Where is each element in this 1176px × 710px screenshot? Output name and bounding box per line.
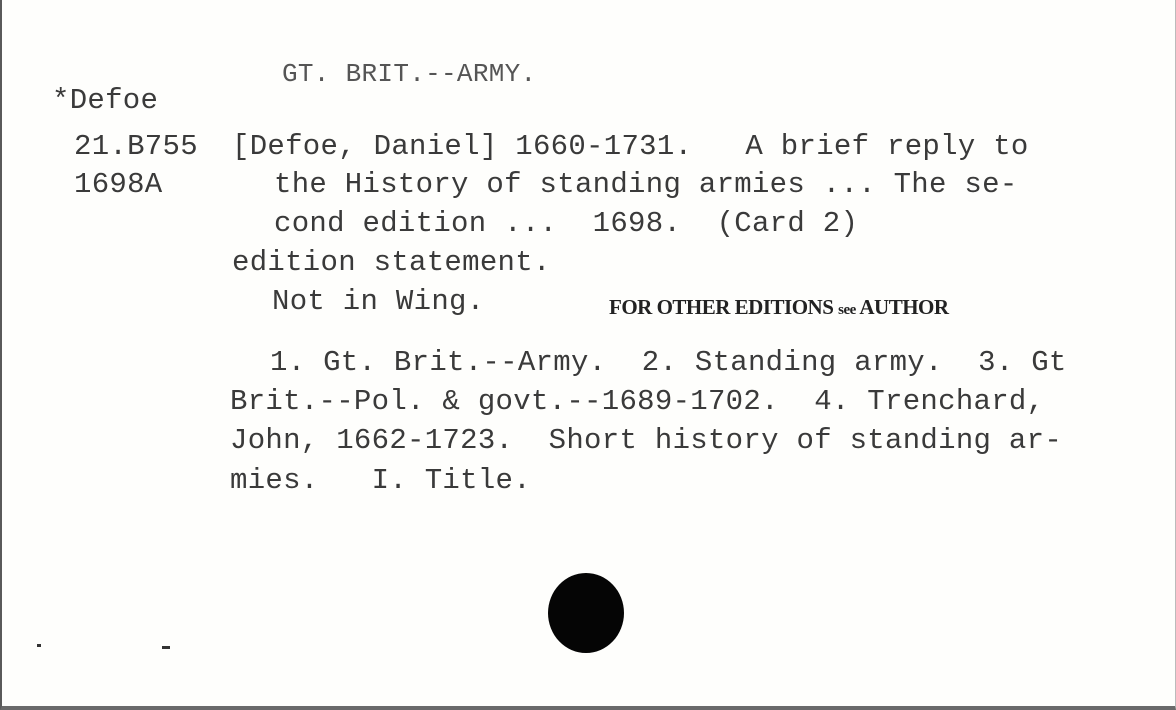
main-entry-line: [Defoe, Daniel] 1660-1731. A brief reply… xyxy=(232,128,1029,166)
tracing-line: mies. I. Title. xyxy=(230,462,531,500)
speck-mark xyxy=(162,646,170,649)
note-edition-statement: edition statement. xyxy=(232,244,551,282)
title-line-3: cond edition ... 1698. (Card 2) xyxy=(274,205,858,243)
call-number-class: 21.B755 xyxy=(74,128,198,166)
call-number-item: 1698A xyxy=(74,166,163,204)
catalog-card: GT. BRIT.--ARMY. *Defoe 21.B755 1698A [D… xyxy=(0,0,1176,710)
call-number-prefix: *Defoe xyxy=(52,82,158,120)
note-wing: Not in Wing. xyxy=(272,283,484,321)
tracing-line: 1. Gt. Brit.--Army. 2. Standing army. 3.… xyxy=(270,344,1067,382)
subject-heading: GT. BRIT.--ARMY. xyxy=(282,55,536,93)
punch-hole xyxy=(548,573,624,653)
speck-mark xyxy=(37,644,41,647)
tracing-line: Brit.--Pol. & govt.--1689-1702. 4. Trenc… xyxy=(230,383,1044,421)
other-editions-stamp: FOR OTHER EDITIONS see AUTHOR xyxy=(609,295,949,320)
title-line-2: the History of standing armies ... The s… xyxy=(274,166,1018,204)
tracing-line: John, 1662-1723. Short history of standi… xyxy=(230,422,1062,460)
